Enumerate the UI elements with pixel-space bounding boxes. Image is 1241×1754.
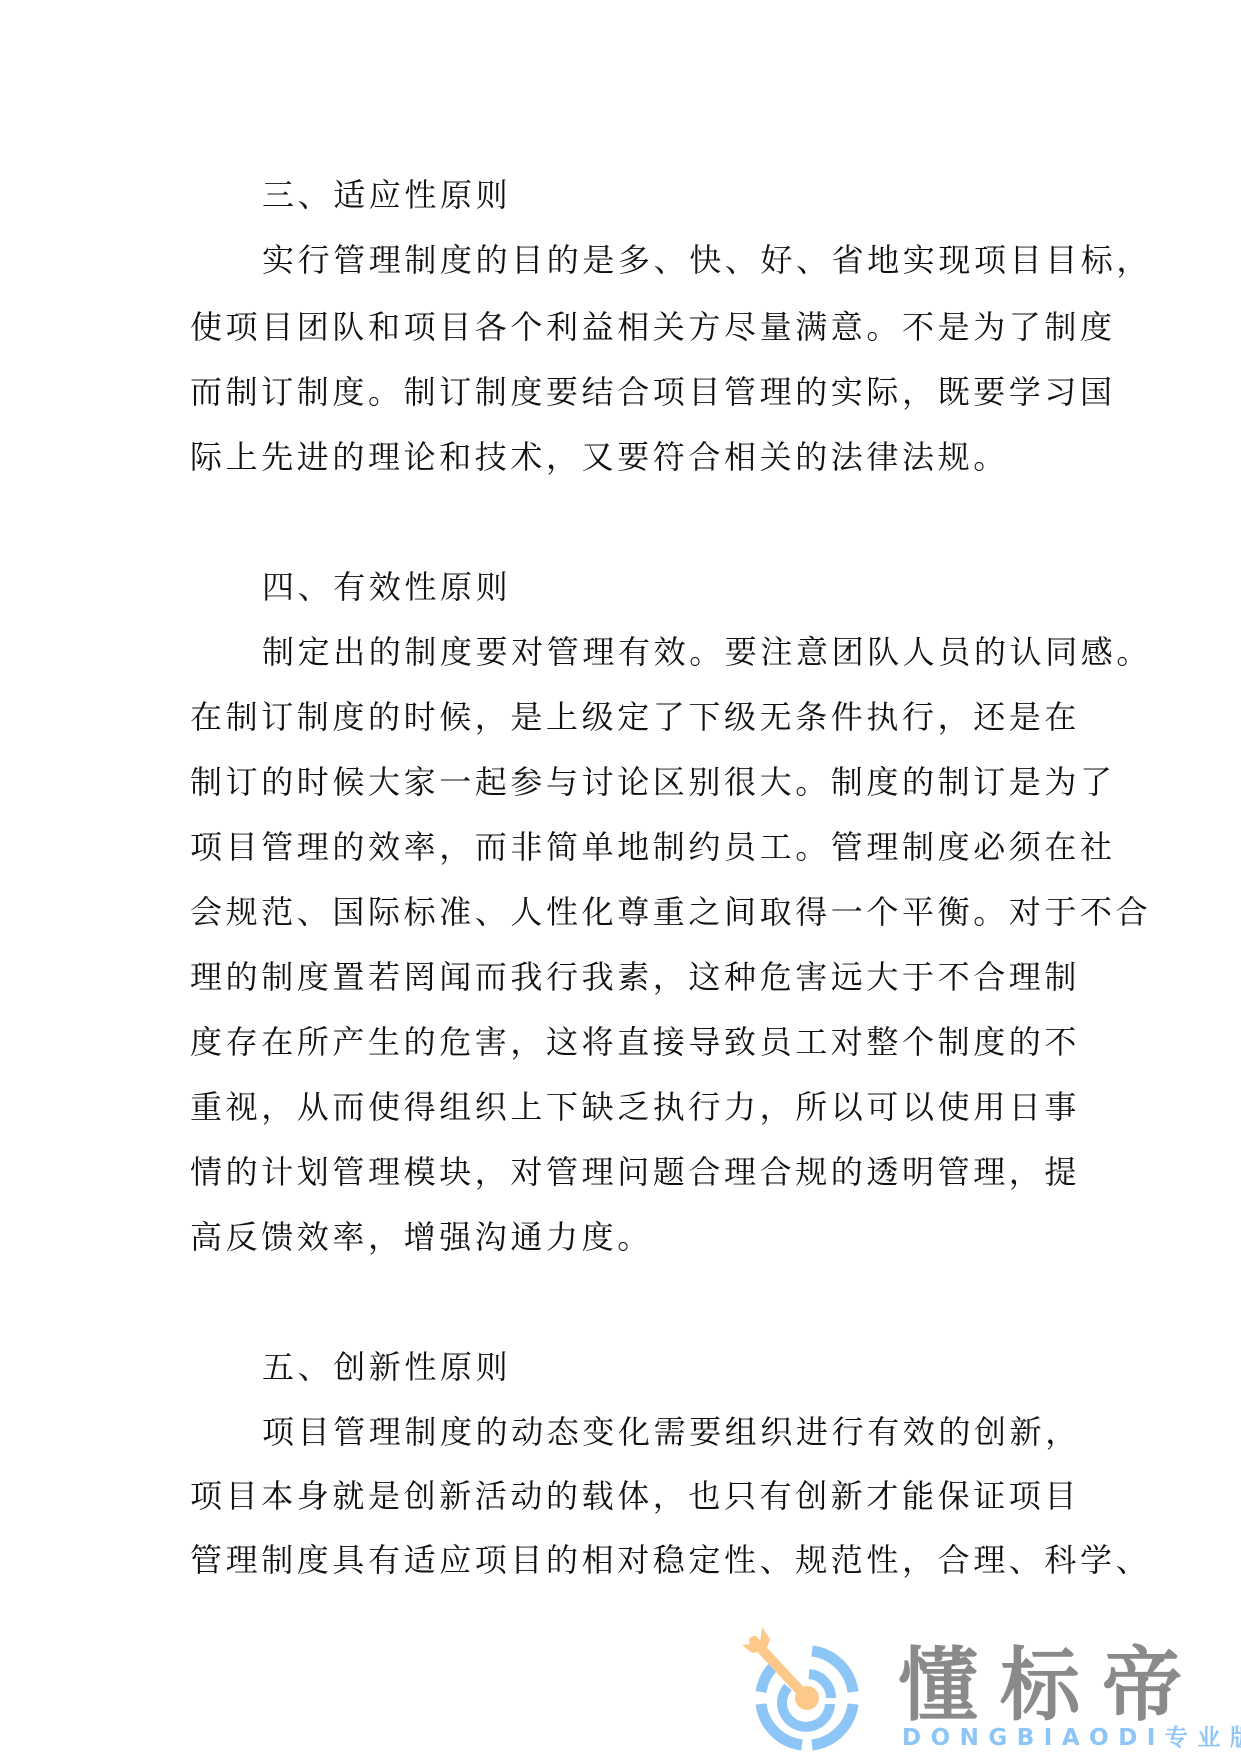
- paragraph-line: 理的制度置若罔闻而我行我素，这种危害远大于不合理制: [190, 957, 1080, 997]
- paragraph-line: 制订的时候大家一起参与讨论区别很大。制度的制订是为了: [190, 762, 1116, 802]
- watermark-logo: 懂标帝 DONGBIAODI专业版: [740, 1625, 1220, 1754]
- paragraph-line: 而制订制度。制订制度要结合项目管理的实际，既要学习国: [190, 372, 1116, 412]
- logo-subtitle: DONGBIAODI专业版: [902, 1725, 1241, 1751]
- paragraph-line: 高反馈效率，增强沟通力度。: [190, 1217, 653, 1257]
- paragraph-line: 实行管理制度的目的是多、快、好、省地实现项目目标，: [262, 240, 1152, 280]
- logo-title: 懂标帝: [898, 1647, 1204, 1725]
- paragraph-line: 会规范、国际标准、人性化尊重之间取得一个平衡。对于不合: [190, 892, 1151, 932]
- section-heading: 三、适应性原则: [262, 175, 511, 215]
- section-heading: 四、有效性原则: [262, 567, 511, 607]
- paragraph-line: 项目管理制度的动态变化需要组织进行有效的创新，: [262, 1412, 1081, 1452]
- paragraph-line: 管理制度具有适应项目的相对稳定性、规范性，合理、科学、: [190, 1540, 1151, 1580]
- paragraph-line: 制定出的制度要对管理有效。要注意团队人员的认同感。: [262, 632, 1152, 672]
- target-arrow-icon: [740, 1625, 880, 1754]
- paragraph-line: 际上先进的理论和技术，又要符合相关的法律法规。: [190, 437, 1009, 477]
- paragraph-line: 项目管理的效率，而非简单地制约员工。管理制度必须在社: [190, 827, 1116, 867]
- document-page: 三、适应性原则 实行管理制度的目的是多、快、好、省地实现项目目标， 使项目团队和…: [0, 0, 1241, 1754]
- paragraph-line: 在制订制度的时候，是上级定了下级无条件执行，还是在: [190, 697, 1080, 737]
- paragraph-line: 项目本身就是创新活动的载体，也只有创新才能保证项目: [190, 1476, 1080, 1516]
- paragraph-line: 度存在所产生的危害，这将直接导致员工对整个制度的不: [190, 1022, 1080, 1062]
- paragraph-line: 使项目团队和项目各个利益相关方尽量满意。不是为了制度: [190, 307, 1116, 347]
- section-heading: 五、创新性原则: [262, 1347, 511, 1387]
- paragraph-line: 重视，从而使得组织上下缺乏执行力，所以可以使用日事: [190, 1087, 1080, 1127]
- paragraph-line: 情的计划管理模块，对管理问题合理合规的透明管理，提: [190, 1152, 1080, 1192]
